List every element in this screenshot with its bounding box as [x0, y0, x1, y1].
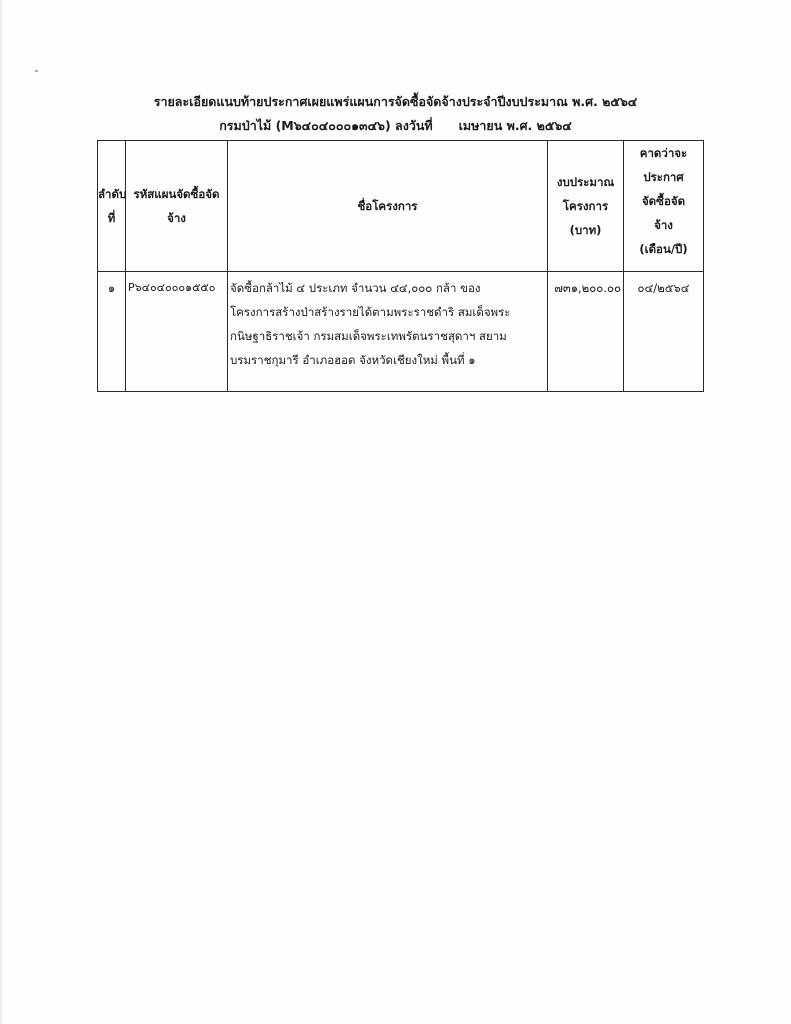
header-seq: ลำดับ ที่: [98, 141, 126, 272]
header-expected-line-2: ประกาศ: [624, 165, 703, 189]
header-expected-date: คาดว่าจะ ประกาศ จัดซื้อจัด จ้าง (เดือน/ป…: [624, 141, 704, 272]
header-expected-line-3: จัดซื้อจัด: [624, 189, 703, 213]
subtitle-department-ref: กรมป่าไม้ (M๖๔๐๔๐๐๐๑๓๔๖) ลงวันที่: [219, 118, 432, 133]
header-seq-line-1: ลำดับ: [98, 182, 125, 206]
project-name-line: จัดซื้อกล้าไม้ ๔ ประเภท จำนวน ๔๔,๐๐๐ กล้…: [230, 276, 547, 300]
cell-budget: ๗๓๑,๒๐๐.๐๐: [548, 272, 624, 392]
header-budget-line-1: งบประมาณ: [548, 170, 623, 194]
cell-seq: ๑: [98, 272, 126, 392]
subtitle-date: เมษายน พ.ศ. ๒๕๖๔: [459, 118, 572, 133]
header-plan-code-line-1: รหัสแผนจัดซื้อจัด: [126, 182, 227, 206]
document-title: รายละเอียดแนบท้ายประกาศเผยแพร่แผนการจัดซ…: [0, 94, 791, 110]
table-header-row: ลำดับ ที่ รหัสแผนจัดซื้อจัด จ้าง ชื่อโคร…: [98, 141, 704, 272]
header-plan-code-line-2: จ้าง: [126, 206, 227, 230]
scan-speck: [35, 70, 38, 72]
project-name-line: โครงการสร้างป่าสร้างรายได้ตามพระราชดำริ …: [230, 300, 547, 324]
header-expected-line-1: คาดว่าจะ: [624, 141, 703, 165]
header-project-name-text: ชื่อโครงการ: [228, 194, 547, 218]
scanned-page: รายละเอียดแนบท้ายประกาศเผยแพร่แผนการจัดซ…: [0, 0, 791, 1024]
header-plan-code: รหัสแผนจัดซื้อจัด จ้าง: [126, 141, 228, 272]
header-seq-line-2: ที่: [98, 206, 125, 230]
header-budget: งบประมาณ โครงการ (บาท): [548, 141, 624, 272]
cell-expected-date: ๐๔/๒๕๖๔: [624, 272, 704, 392]
project-name-line: บรมราชกุมารี อำเภอฮอด จังหวัดเชียงใหม่ พ…: [230, 348, 547, 372]
cell-plan-code: P๖๔๐๔๐๐๐๑๕๕๐: [126, 272, 228, 392]
cell-project-name: จัดซื้อกล้าไม้ ๔ ประเภท จำนวน ๔๔,๐๐๐ กล้…: [228, 272, 548, 392]
project-name-line: กนิษฐาธิราชเจ้า กรมสมเด็จพระเทพรัตนราชสุ…: [230, 324, 547, 348]
header-expected-line-5: (เดือน/ปี): [624, 237, 703, 261]
header-budget-line-3: (บาท): [548, 218, 623, 242]
table-row: ๑ P๖๔๐๔๐๐๐๑๕๕๐ จัดซื้อกล้าไม้ ๔ ประเภท จ…: [98, 272, 704, 392]
procurement-plan-table: ลำดับ ที่ รหัสแผนจัดซื้อจัด จ้าง ชื่อโคร…: [97, 140, 704, 392]
document-subtitle: กรมป่าไม้ (M๖๔๐๔๐๐๐๑๓๔๖) ลงวันที่เมษายน …: [0, 118, 791, 134]
header-project-name: ชื่อโครงการ: [228, 141, 548, 272]
header-budget-line-2: โครงการ: [548, 194, 623, 218]
header-expected-line-4: จ้าง: [624, 213, 703, 237]
scan-edge-shadow: [0, 0, 4, 1024]
